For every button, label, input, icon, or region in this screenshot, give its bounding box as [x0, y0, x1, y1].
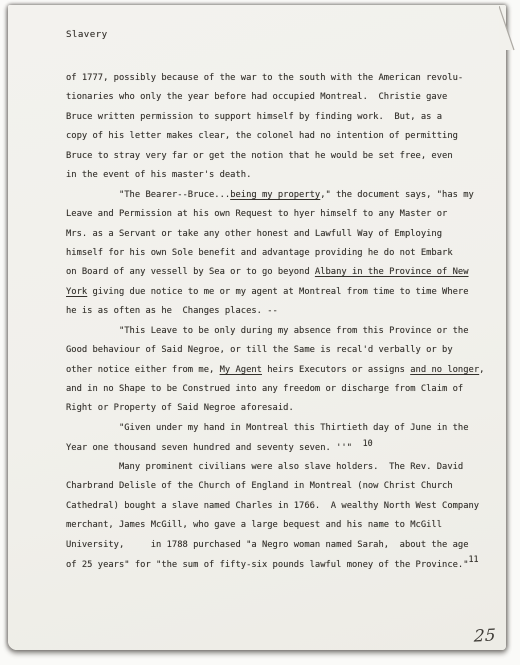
text-line: he is as often as he Changes places. -- — [66, 302, 498, 321]
text-segment: "Given under my hand in Montreal this Th… — [66, 423, 469, 433]
text-segment: Cathedral) bought a slave named Charles … — [66, 501, 479, 511]
text-line: merchant, James McGill, who gave a large… — [66, 516, 498, 535]
text-segment: merchant, James McGill, who gave a large… — [66, 520, 442, 530]
text-line: Good behaviour of Said Negroe, or till t… — [66, 341, 498, 360]
text-segment: Leave and Permission at his own Request … — [66, 209, 447, 219]
text-segment: and no longer — [410, 365, 479, 375]
text-line: and in no Shape to be Construed into any… — [66, 380, 498, 399]
text-line: Leave and Permission at his own Request … — [66, 205, 498, 224]
text-line: of 25 years" for "the sum of fifty-six p… — [66, 555, 498, 574]
handwritten-page-number: 25 — [474, 625, 497, 645]
text-line: Right or Property of Said Negroe aforesa… — [66, 399, 498, 418]
running-header: Slavery — [66, 29, 108, 40]
text-line: on Board of any vessell by Sea or to go … — [66, 263, 498, 282]
text-line: in the event of his master's death. — [66, 166, 498, 185]
text-segment: himself for his own Sole benefit and adv… — [66, 248, 453, 258]
text-segment: Mrs. as a Servant or take any other hone… — [66, 229, 442, 239]
text-segment: giving due notice to me or my agent at M… — [87, 287, 468, 297]
text-segment: Albany in the Province of New — [315, 267, 469, 277]
text-line: tionaries who only the year before had o… — [66, 88, 498, 107]
text-line: "Given under my hand in Montreal this Th… — [66, 419, 498, 438]
text-segment: "The Bearer--Bruce... — [66, 190, 230, 200]
page-corner-fold — [499, 6, 519, 54]
text-segment: being my property — [230, 190, 320, 200]
document-page: Slavery of 1777, possibly because of the… — [8, 5, 506, 650]
text-segment: Year one thousand seven hundred and seve… — [66, 443, 363, 453]
text-segment: Charbrand Delisle of the Church of Engla… — [66, 481, 453, 491]
text-segment: Good behaviour of Said Negroe, or till t… — [66, 345, 453, 355]
text-line: York giving due notice to me or my agent… — [66, 283, 498, 302]
text-line: other notice either from me, My Agent he… — [66, 361, 498, 380]
text-line: of 1777, possibly because of the war to … — [66, 69, 498, 88]
text-segment: copy of his letter makes clear, the colo… — [66, 131, 458, 141]
text-segment: 11 — [469, 554, 479, 564]
text-line: "The Bearer--Bruce...being my property,"… — [66, 186, 498, 205]
text-segment: Bruce to stray very far or get the notio… — [66, 151, 453, 161]
text-line: Bruce written permission to support hims… — [66, 108, 498, 127]
text-segment: Bruce written permission to support hims… — [66, 112, 442, 122]
text-segment: Many prominent civilians were also slave… — [66, 462, 463, 472]
text-line: Many prominent civilians were also slave… — [66, 458, 498, 477]
text-line: University, in 1788 purchased "a Negro w… — [66, 536, 498, 555]
text-line: himself for his own Sole benefit and adv… — [66, 244, 498, 263]
scan-background: Slavery of 1777, possibly because of the… — [0, 0, 520, 665]
text-segment: in the event of his master's death. — [66, 170, 251, 180]
text-line: Bruce to stray very far or get the notio… — [66, 147, 498, 166]
text-segment: 10 — [363, 438, 373, 448]
text-segment: tionaries who only the year before had o… — [66, 92, 447, 102]
text-line: Mrs. as a Servant or take any other hone… — [66, 225, 498, 244]
text-line: copy of his letter makes clear, the colo… — [66, 127, 498, 146]
text-segment: My Agent — [220, 365, 262, 375]
text-segment: on Board of any vessell by Sea or to go … — [66, 267, 315, 277]
text-line: Year one thousand seven hundred and seve… — [66, 438, 498, 457]
text-segment: of 25 years" for "the sum of fifty-six p… — [66, 560, 469, 570]
text-segment: heirs Executors or assigns — [262, 365, 410, 375]
text-segment: and in no Shape to be Construed into any… — [66, 384, 463, 394]
text-segment: , — [479, 365, 484, 375]
text-segment: of 1777, possibly because of the war to … — [66, 73, 463, 83]
text-segment: University, in 1788 purchased "a Negro w… — [66, 540, 469, 550]
text-segment: he is as often as he Changes places. -- — [66, 306, 278, 316]
text-segment: other notice either from me, — [66, 365, 220, 375]
text-line: "This Leave to be only during my absence… — [66, 322, 498, 341]
text-line: Cathedral) bought a slave named Charles … — [66, 497, 498, 516]
text-line: Charbrand Delisle of the Church of Engla… — [66, 477, 498, 496]
text-segment: ," the document says, "has my — [320, 190, 474, 200]
text-segment: York — [66, 287, 87, 297]
typed-body: of 1777, possibly because of the war to … — [66, 69, 498, 574]
text-segment: Right or Property of Said Negroe aforesa… — [66, 403, 294, 413]
text-segment: "This Leave to be only during my absence… — [66, 326, 469, 336]
